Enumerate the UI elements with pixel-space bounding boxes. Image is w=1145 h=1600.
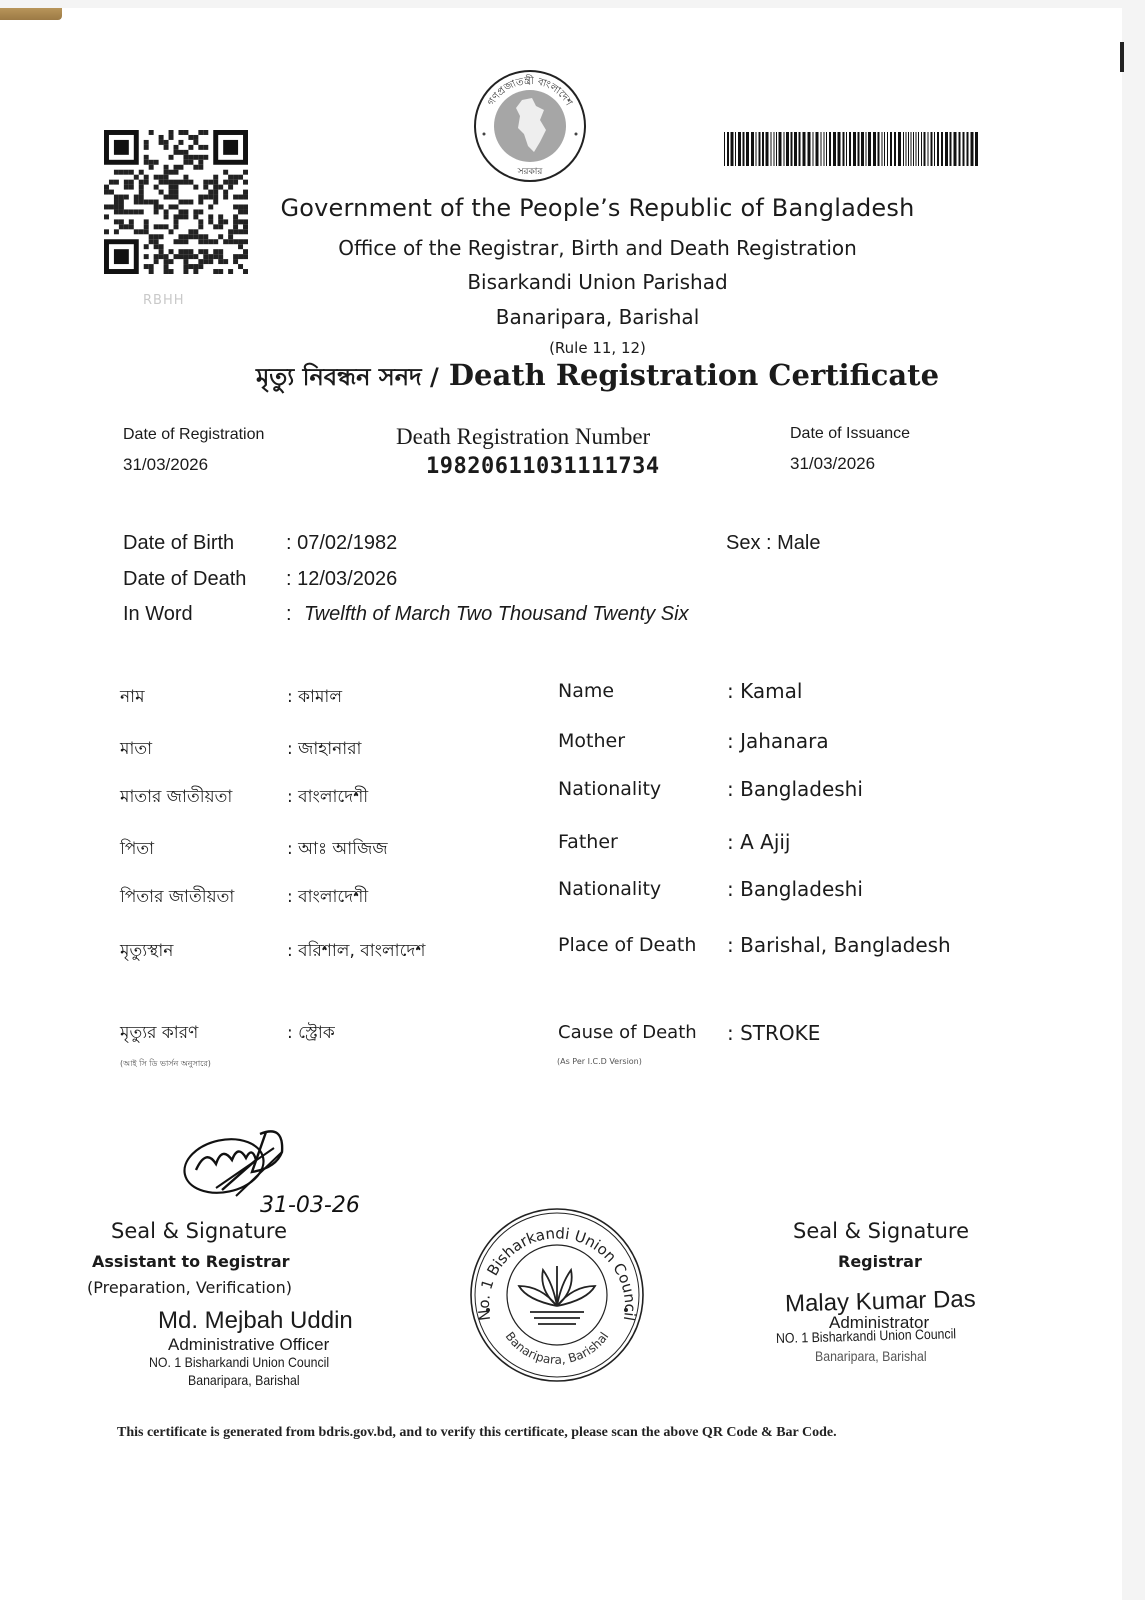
sex-value: Sex : Male — [726, 532, 820, 555]
svg-text:সরকার: সরকার — [517, 167, 544, 177]
registration-number: 19820611031111734 — [426, 454, 660, 479]
rule-reference: (Rule 11, 12) — [0, 339, 1145, 357]
registration-number-label: Death Registration Number — [396, 424, 650, 450]
death-date-label: Date of Death — [123, 568, 246, 591]
right-officer-address: Banaripara, Barishal — [815, 1348, 927, 1364]
detail-bn-label: মাতার জাতীয়তা — [120, 784, 232, 812]
detail-bn-label: মৃত্যুস্থান — [120, 938, 173, 966]
detail-bn-value: : আঃ আজিজ — [287, 836, 388, 864]
issuance-date: 31/03/2026 — [790, 454, 875, 474]
tape-strip — [0, 8, 62, 20]
union-council-seal-icon: No. 1 Bisharkandi Union Council Banaripa… — [466, 1206, 648, 1384]
detail-en-value: : Kamal — [727, 679, 802, 703]
detail-bn-value: : বাংলাদেশী — [287, 884, 368, 912]
detail-bn-label: পিতার জাতীয়তা — [120, 884, 234, 912]
left-officer-address: Banaripara, Barishal — [188, 1372, 300, 1388]
detail-bn-label: পিতা — [120, 836, 154, 864]
issuance-date-label: Date of Issuance — [790, 425, 910, 443]
detail-bn-value: : কামাল — [287, 684, 342, 712]
detail-bn-label: নাম — [120, 684, 145, 712]
detail-bn-label: মাতা — [120, 736, 152, 764]
left-officer-org: NO. 1 Bisharkandi Union Council — [149, 1354, 329, 1370]
detail-en-label: Cause of Death — [558, 1022, 697, 1043]
left-role: Assistant to Registrar — [92, 1252, 290, 1271]
detail-en-label: Name — [558, 680, 614, 702]
birth-date-value: : 07/02/1982 — [286, 532, 397, 555]
detail-bn-value: : বাংলাদেশী — [287, 784, 368, 812]
cause-note-en: (As Per I.C.D Version) — [557, 1057, 642, 1066]
right-seal-signature-title: Seal & Signature — [793, 1219, 969, 1243]
right-role: Registrar — [838, 1252, 922, 1271]
verification-footer: This certificate is generated from bdris… — [117, 1425, 837, 1441]
left-seal-signature-title: Seal & Signature — [111, 1219, 287, 1243]
right-officer-org: NO. 1 Bisharkandi Union Council — [776, 1325, 956, 1346]
signature-assistant: 31-03-26 — [176, 1126, 396, 1218]
certificate-title: মৃত্যু নিবন্ধন সনদ / Death Registration … — [0, 358, 1145, 399]
detail-en-value: : A Ajij — [727, 830, 791, 854]
government-title: Government of the People’s Republic of B… — [0, 194, 1145, 222]
detail-bn-value: : জাহানারা — [287, 736, 362, 764]
detail-en-value: : Jahanara — [727, 729, 829, 753]
detail-bn-label: মৃত্যুর কারণ — [120, 1020, 198, 1048]
svg-text:31-03-26: 31-03-26 — [260, 1193, 360, 1218]
detail-bn-value: : বরিশাল, বাংলাদেশ — [287, 938, 425, 966]
cause-note-bn: (আই সি ডি ভার্সন অনুসারে) — [120, 1058, 211, 1071]
detail-en-value: : Barishal, Bangladesh — [727, 933, 951, 957]
office-address: Banaripara, Barishal — [0, 305, 1145, 329]
detail-bn-value: : স্ট্রোক — [287, 1020, 335, 1048]
detail-en-label: Nationality — [558, 778, 661, 800]
left-subrole: (Preparation, Verification) — [87, 1278, 292, 1297]
death-date-value: : 12/03/2026 — [286, 568, 397, 591]
registration-date-label: Date of Registration — [123, 426, 264, 444]
certificate-page: RBHH গণপ্রজাতন্ত্রী বাংলাদেশ সরকার Gover… — [0, 8, 1122, 1600]
left-officer-name: Md. Mejbah Uddin — [158, 1307, 353, 1335]
svg-text:Banaripara, Barishal: Banaripara, Barishal — [503, 1329, 612, 1367]
union-name: Bisarkandi Union Parishad — [0, 270, 1145, 294]
detail-en-label: Father — [558, 831, 618, 853]
certificate-title-bn: মৃত্যু নিবন্ধন সনদ / — [256, 363, 439, 391]
barcode[interactable] — [724, 132, 982, 166]
detail-en-label: Place of Death — [558, 934, 696, 956]
detail-en-value: : Bangladeshi — [727, 877, 863, 901]
detail-en-value: : STROKE — [727, 1021, 820, 1045]
left-officer-designation: Administrative Officer — [168, 1335, 329, 1355]
edge-mark — [1120, 42, 1124, 72]
office-title: Office of the Registrar, Birth and Death… — [0, 236, 1145, 260]
registration-date: 31/03/2026 — [123, 455, 208, 475]
government-emblem-icon: গণপ্রজাতন্ত্রী বাংলাদেশ সরকার — [470, 68, 590, 184]
in-word-label: In Word — [123, 603, 193, 626]
detail-en-label: Mother — [558, 730, 625, 752]
certificate-title-en: Death Registration Certificate — [449, 358, 939, 392]
detail-en-label: Nationality — [558, 878, 661, 900]
birth-date-label: Date of Birth — [123, 532, 234, 555]
in-word-colon: : — [286, 603, 292, 626]
in-word-value: Twelfth of March Two Thousand Twenty Six — [304, 603, 689, 626]
detail-en-value: : Bangladeshi — [727, 777, 863, 801]
